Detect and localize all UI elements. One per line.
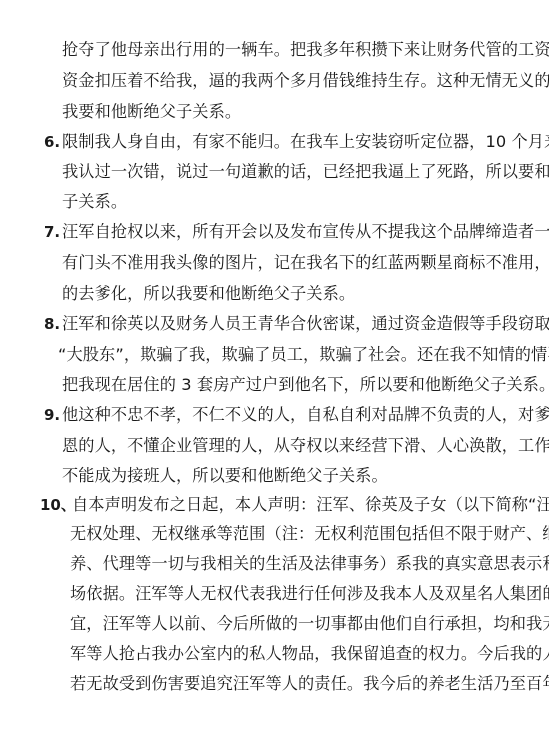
item-line: 限制我人身自由，有家不能归。在我车上安装窃听定位器，10 个月来没有给: [62, 132, 549, 152]
item-number: 7.: [44, 222, 60, 242]
item-line: 的去爹化，所以我要和他断绝父子关系。: [62, 284, 355, 304]
item-line: 无权处理、无权继承等范围（注：无权利范围包括但不限于财产、继承、赡: [70, 524, 549, 544]
item-line: 汪军和徐英以及财务人员王青华合伙密谋，通过资金造假等手段窃取了所谓的: [62, 314, 549, 334]
item-line: 不能成为接班人，所以要和他断绝父子关系。: [62, 466, 388, 486]
paragraph-line: 我要和他断绝父子关系。: [62, 102, 241, 122]
item-line: 场依据。汪军等人无权代表我进行任何涉及我本人及双星名人集团的一切事: [70, 584, 549, 604]
item-line: 子关系。: [62, 192, 127, 212]
item-line: 军等人抢占我办公室内的私人物品，我保留追查的权力。今后我的人身安全: [70, 644, 549, 664]
item-line: 有门头不准用我头像的图片，记在我名下的红蓝两颗星商标不准用，完全彻底: [62, 253, 549, 273]
paragraph-line: 资金扣压着不给我，逼的我两个多月借钱维持生存。这种无情无义的不孝之子，: [62, 71, 549, 91]
item-line: “大股东”，欺骗了我，欺骗了员工，欺骗了社会。还在我不知情的情况下，: [58, 345, 549, 365]
item-line: 把我现在居住的 3 套房产过户到他名下，所以要和他断绝父子关系。: [62, 375, 549, 395]
item-number: 10、: [40, 495, 76, 515]
item-number: 9.: [44, 405, 60, 425]
item-number: 6.: [44, 132, 60, 152]
item-line: 他这种不忠不孝，不仁不义的人，自私自利对品牌不负责的人，对爹娘不知感: [62, 405, 549, 425]
item-line: 恩的人，不懂企业管理的人，从夺权以来经营下滑、人心涣散，工作能力差，: [62, 436, 549, 456]
item-line: 自本声明发布之日起，本人声明：汪军、徐英及子女（以下简称“汪军等人）: [72, 495, 549, 515]
document-page: 抢夺了他母亲出行用的一辆车。把我多年积攒下来让财务代管的工资、存款等 资金扣压着…: [0, 0, 549, 731]
item-line: 宜，汪军等人以前、今后所做的一切事都由他们自行承担，均和我无关。汪: [70, 614, 549, 634]
item-number: 8.: [44, 314, 60, 334]
item-line: 养、代理等一切与我相关的生活及法律事务）系我的真实意思表示和根本立: [70, 554, 549, 574]
item-line: 我认过一次错，说过一句道歉的话，已经把我逼上了死路，所以要和他断绝父: [62, 162, 549, 182]
item-line: 若无故受到伤害要追究汪军等人的责任。我今后的养老生活乃至百年的后事: [70, 674, 549, 694]
paragraph-line: 抢夺了他母亲出行用的一辆车。把我多年积攒下来让财务代管的工资、存款等: [62, 40, 549, 60]
item-line: 汪军自抢权以来，所有开会以及发布宣传从不提我这个品牌缔造者一个字，所: [62, 222, 549, 242]
